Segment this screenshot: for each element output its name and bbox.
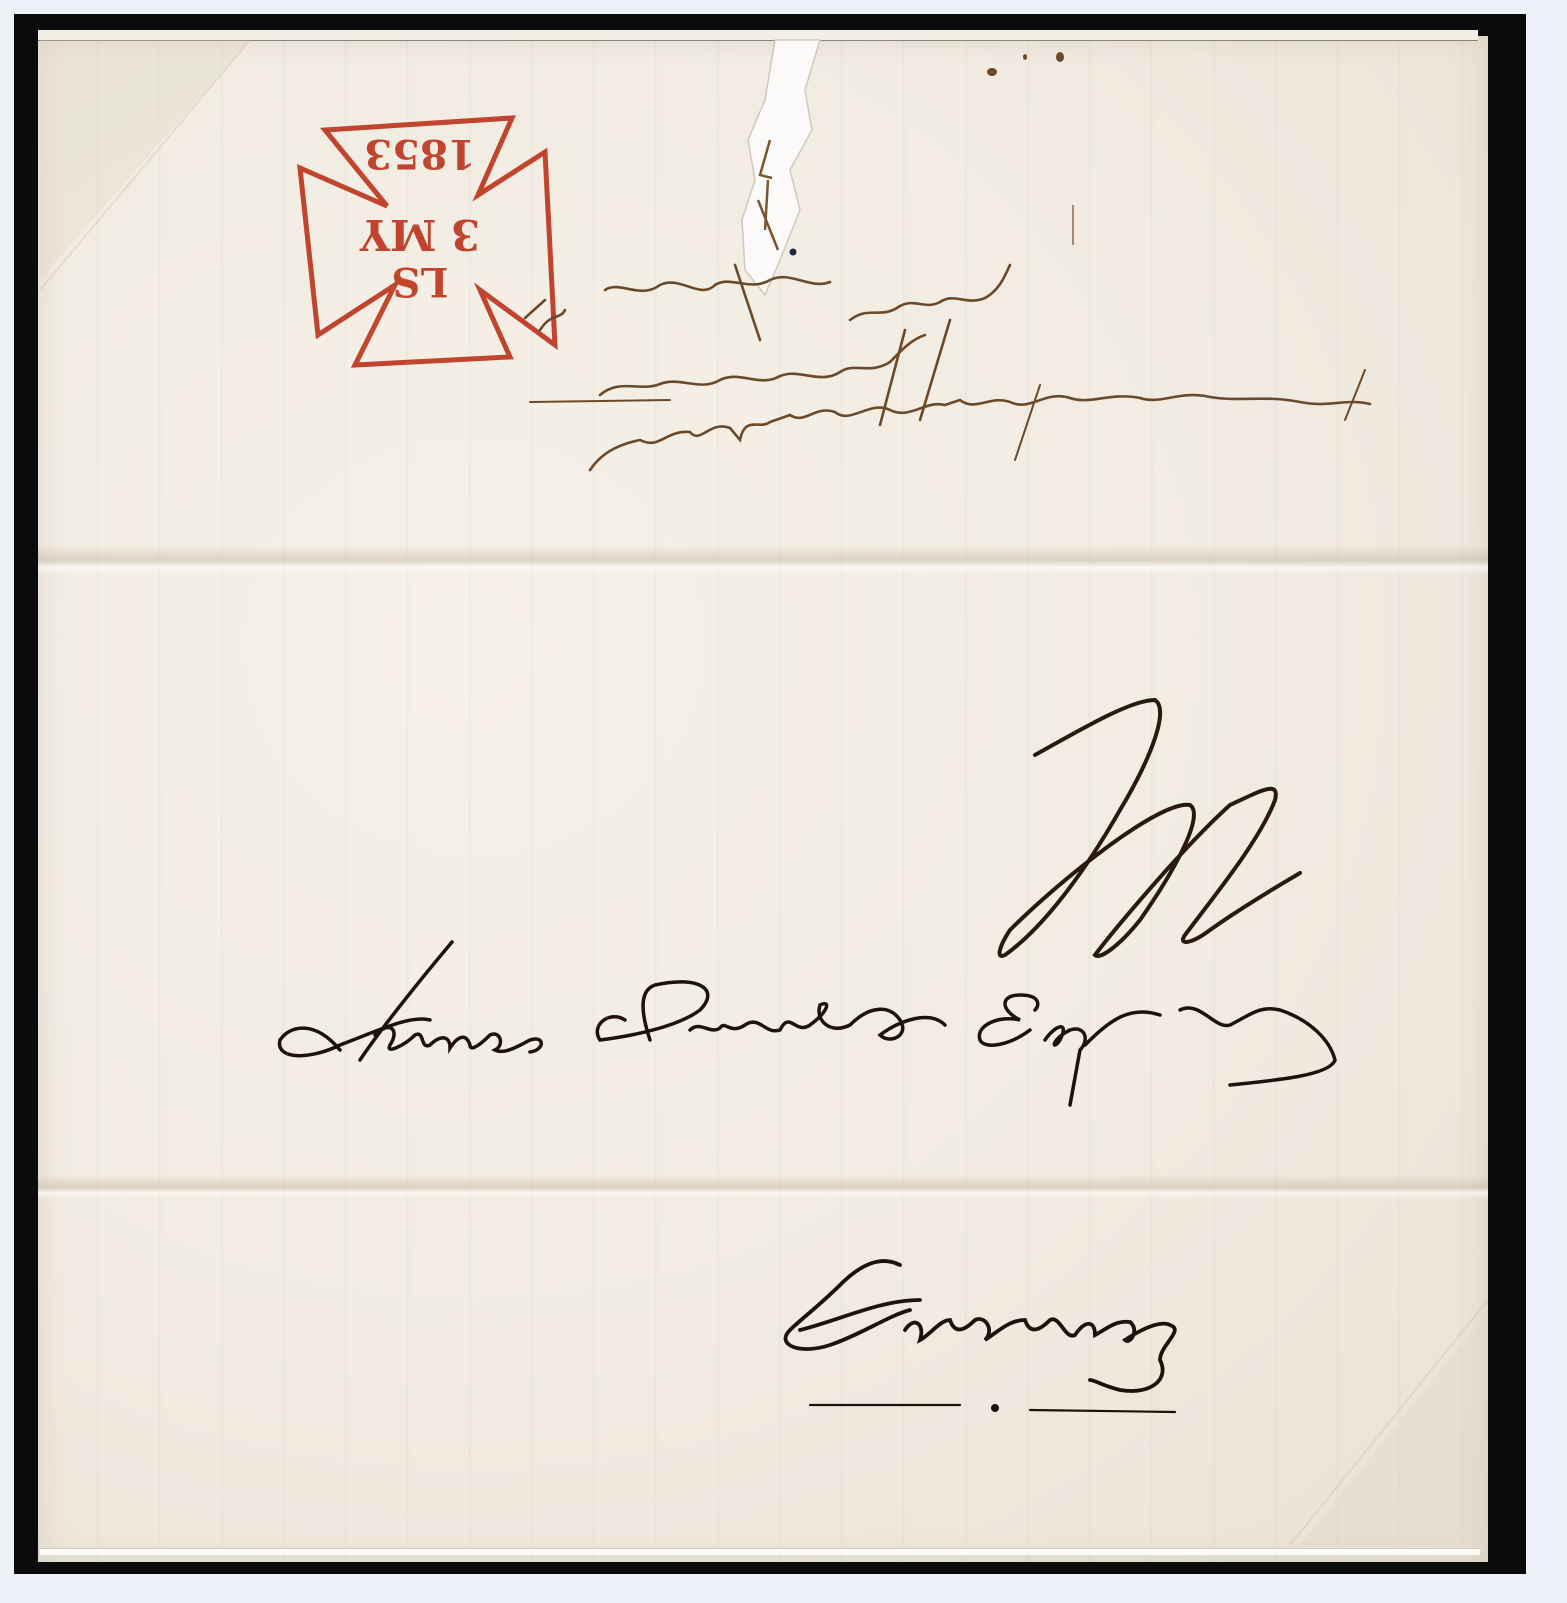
postmark-date: 3 MY [359,210,480,259]
destination-handwriting [786,1261,1175,1412]
forwarding-endorsement [525,265,1370,470]
postmark-code: LS [391,258,448,305]
paper-tear [742,40,820,295]
ink-smudges [987,52,1074,245]
cover-artwork: LS 3 MY 1853 [0,0,1567,1603]
postmark-text: LS 3 MY 1853 [359,130,480,305]
rate-mark-m [1000,700,1300,956]
postmark-year: 1853 [364,130,475,177]
recipient-handwriting [280,942,1335,1105]
